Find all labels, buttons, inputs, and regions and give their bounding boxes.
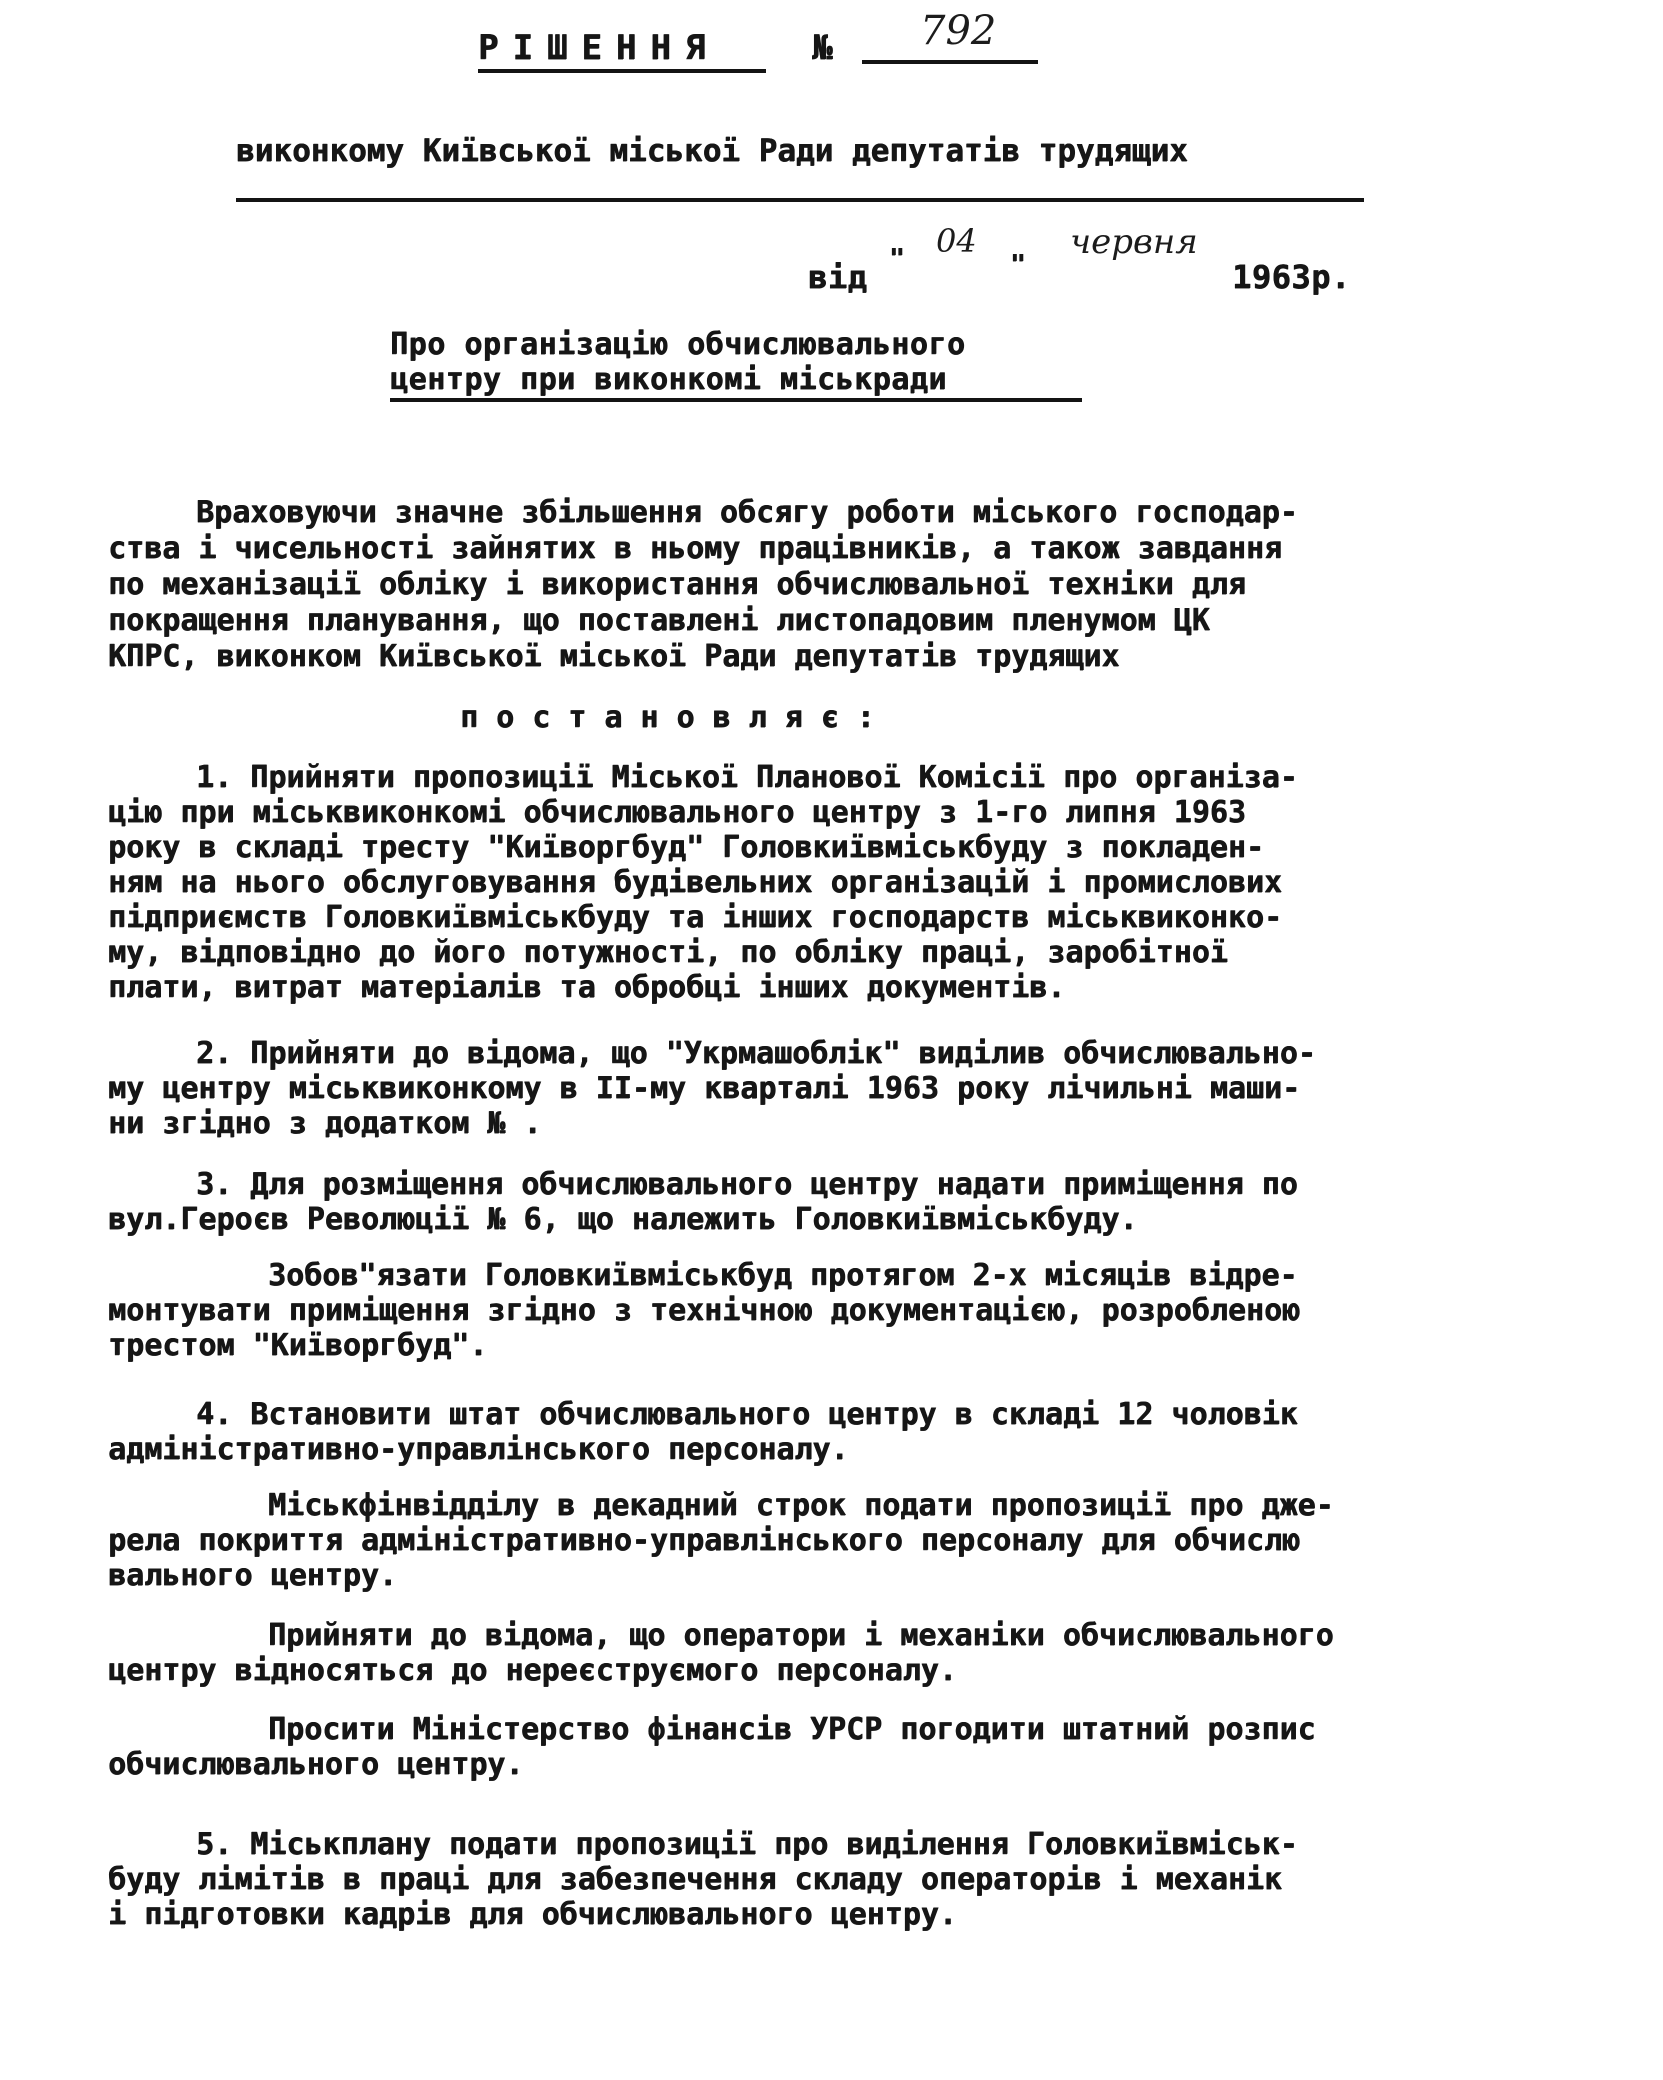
- resolution-line: му, відповідно до його потужності, по об…: [108, 935, 1228, 970]
- resolves-heading: постановляє:: [460, 700, 893, 735]
- resolution-line: ням на нього обслуговування будівельних …: [108, 865, 1282, 900]
- resolution-line: цію при міськвиконкомі обчислювального ц…: [108, 795, 1246, 830]
- header-divider: [236, 198, 1364, 202]
- document-title: РІШЕННЯ: [478, 28, 719, 68]
- resolution-line: 1. Прийняти пропозиції Міської Планової …: [196, 760, 1298, 795]
- resolution-line: плати, витрат матеріалів та обробці інши…: [108, 970, 1065, 1005]
- resolution-line: центру відносяться до нереєструємого пер…: [108, 1653, 957, 1688]
- preamble-line: покращення планування, що поставлені лис…: [108, 603, 1210, 638]
- resolution-line: 4. Встановити штат обчислювального центр…: [196, 1397, 1298, 1432]
- resolution-line: і підготовки кадрів для обчислювального …: [108, 1897, 957, 1932]
- preamble-line: КПРС, виконком Київської міської Ради де…: [108, 639, 1119, 674]
- resolution-line: року в складі тресту "Київоргбуд" Головк…: [108, 830, 1264, 865]
- preamble-line: ства і чисельності зайнятих в ньому прац…: [108, 531, 1282, 566]
- date-prefix: від: [808, 258, 867, 296]
- resolution-line: 2. Прийняти до відома, що "Укрмашоблік" …: [196, 1036, 1316, 1071]
- resolution-line: Просити Міністерство фінансів УРСР погод…: [268, 1712, 1316, 1747]
- title-underline: [478, 69, 766, 73]
- decision-number-handwritten: 792: [920, 8, 996, 54]
- resolution-line: Прийняти до відома, що оператори і механ…: [268, 1618, 1334, 1653]
- subject-underline: [390, 398, 1082, 402]
- date-open-quote: ": [889, 244, 905, 274]
- date-day-handwritten: 04: [936, 222, 977, 260]
- resolution-line: ни згідно з додатком № .: [108, 1106, 541, 1141]
- resolution-line: вального центру.: [108, 1558, 397, 1593]
- resolution-line: адміністративно-управлінського персоналу…: [108, 1432, 849, 1467]
- resolution-line: Зобов"язати Головкиївміськбуд протягом 2…: [268, 1258, 1298, 1293]
- resolution-line: рела покриття адміністративно-управлінсь…: [108, 1523, 1300, 1558]
- resolution-line: вул.Героєв Революції № 6, що належить Го…: [108, 1202, 1138, 1237]
- resolution-line: му центру міськвиконкому в ІІ-му квартал…: [108, 1071, 1300, 1106]
- resolution-line: обчислювального центру.: [108, 1747, 523, 1782]
- resolution-line: монтувати приміщення згідно з технічною …: [108, 1293, 1300, 1328]
- date-close-quote: ": [1010, 250, 1026, 280]
- date-month-handwritten: червня: [1070, 222, 1198, 262]
- resolution-line: буду лімітів в праці для забезпечення ск…: [108, 1862, 1282, 1897]
- resolution-line: Міськфінвідділу в декадний строк подати …: [268, 1488, 1334, 1523]
- resolution-line: 5. Міськплану подати пропозиції про виді…: [196, 1827, 1298, 1862]
- number-sign: №: [812, 28, 833, 68]
- resolution-line: трестом "Київоргбуд".: [108, 1328, 487, 1363]
- issuing-body: виконкому Київської міської Ради депутат…: [236, 133, 1188, 169]
- resolution-line: 3. Для розміщення обчислювального центру…: [196, 1167, 1298, 1202]
- preamble-line: Враховуючи значне збільшення обсягу робо…: [196, 495, 1298, 530]
- subject-line-2: центру при виконкомі міськради: [390, 362, 947, 397]
- date-year: 1963р.: [1232, 258, 1351, 296]
- subject-line-1: Про організацію обчислювального: [390, 327, 965, 362]
- preamble-line: по механізації обліку і використання обч…: [108, 567, 1246, 602]
- number-underline: [862, 60, 1038, 64]
- resolution-line: підприємств Головкиївміськбуду та інших …: [108, 900, 1282, 935]
